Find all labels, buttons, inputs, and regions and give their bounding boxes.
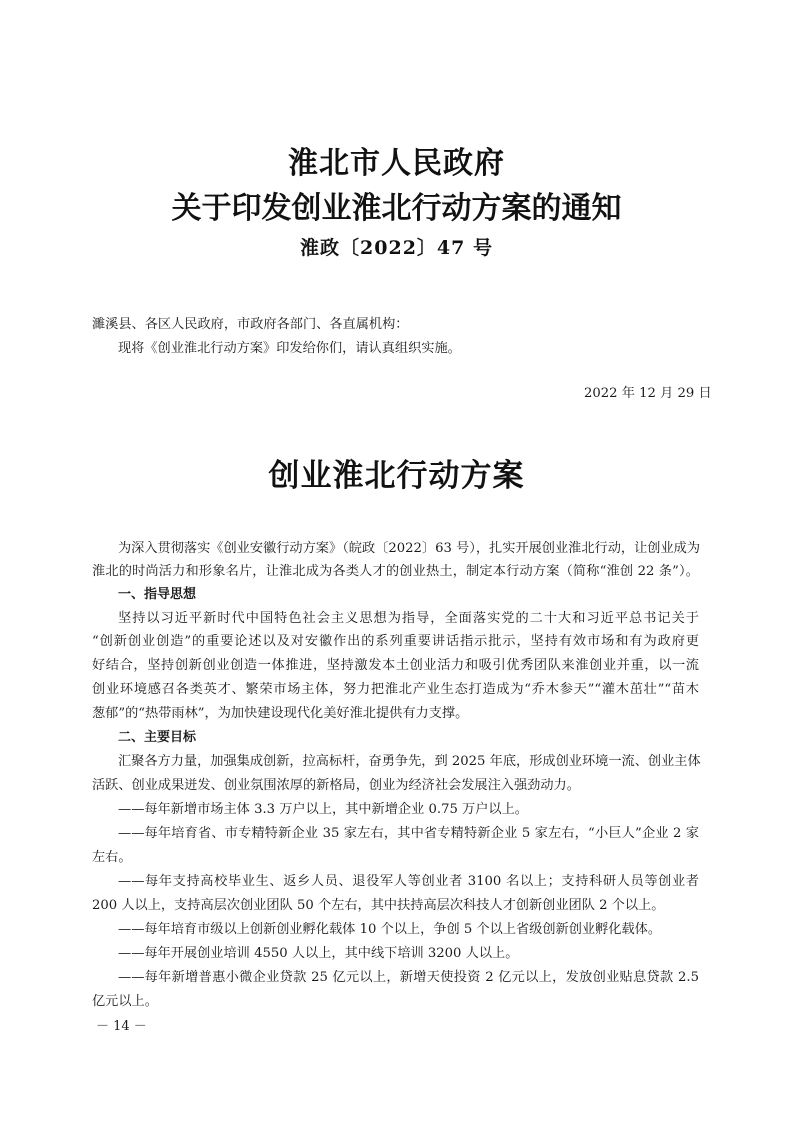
target-item: ——每年培育市级以上创新创业孵化载体 10 个以上，争创 5 个以上省级创新创业… (118, 921, 661, 939)
target-item: ——每年开展创业培训 4550 人以上，其中线下培训 3200 人以上。 (118, 945, 518, 963)
plan-title: 创业淮北行动方案 (0, 450, 793, 495)
section-heading: 一、指导思想 (118, 586, 196, 604)
paragraph-line: 活跃、创业成果迸发、创业氛围浓厚的新格局，创业为经济社会发展注入强劲动力。 (92, 777, 580, 795)
target-item: ——每年新增普惠小微企业贷款 25 亿元以上，新增天使投资 2 亿元以上，发放创… (118, 969, 699, 987)
issue-date: 2022 年 12 月 29 日 (584, 382, 712, 401)
notice-title: 关于印发创业淮北行动方案的通知 (0, 183, 793, 227)
notice-body: 现将《创业淮北行动方案》印发给你们，请认真组织实施。 (118, 340, 461, 358)
recipients: 濉溪县、各区人民政府，市政府各部门、各直属机构： (92, 316, 409, 334)
paragraph-line: “创新创业创造”的重要论述以及对安徽作出的系列重要讲话指示批示，坚持有效市场和有… (92, 633, 699, 651)
paragraph-line: 坚持以习近平新时代中国特色社会主义思想为指导，全面落实党的二十大和习近平总书记关… (118, 610, 699, 628)
target-item: ——每年新增市场主体 3.3 万户以上，其中新增企业 0.75 万户以上。 (118, 801, 528, 819)
target-item: ——每年支持高校毕业生、返乡人员、退役军人等创业者 3100 名以上；支持科研人… (118, 873, 699, 891)
target-item-cont: 亿元以上。 (92, 993, 158, 1011)
target-item: ——每年培育省、市专精特新企业 35 家左右，其中省专精特新企业 5 家左右，“… (118, 825, 699, 843)
paragraph-line: 创业环境感召各类英才、繁荣市场主体，努力把淮北产业生态打造成为“乔木参天”“灌木… (92, 681, 699, 699)
paragraph-line: 汇聚各方力量，加强集成创新，拉高标杆，奋勇争先，到 2025 年底，形成创业环境… (118, 753, 699, 771)
section-heading: 二、主要目标 (118, 729, 196, 747)
paragraph-line: 好结合，坚持创新创业创造一体推进，坚持激发本土创业活力和吸引优秀团队来淮创业并重… (92, 657, 699, 675)
issuer-title: 淮北市人民政府 (0, 138, 793, 182)
intro-line: 为深入贯彻落实《创业安徽行动方案》（皖政〔2022〕63 号），扎实开展创业淮北… (118, 540, 699, 558)
page-number: － 14 － (96, 1015, 147, 1034)
target-item-cont: 200 人以上，支持高层次创业团队 50 个左右，其中扶持高层次科技人才创新创业… (92, 897, 664, 915)
paragraph-line: 葱郁”的“热带雨林”，为加快建设现代化美好淮北提供有力支撑。 (92, 705, 468, 723)
target-item-cont: 左右。 (92, 849, 132, 867)
intro-line: 淮北的时尚活力和形象名片，让淮北成为各类人才的创业热土，制定本行动方案（简称“淮… (92, 563, 699, 581)
document-number: 淮政〔2022〕47 号 (0, 233, 793, 260)
